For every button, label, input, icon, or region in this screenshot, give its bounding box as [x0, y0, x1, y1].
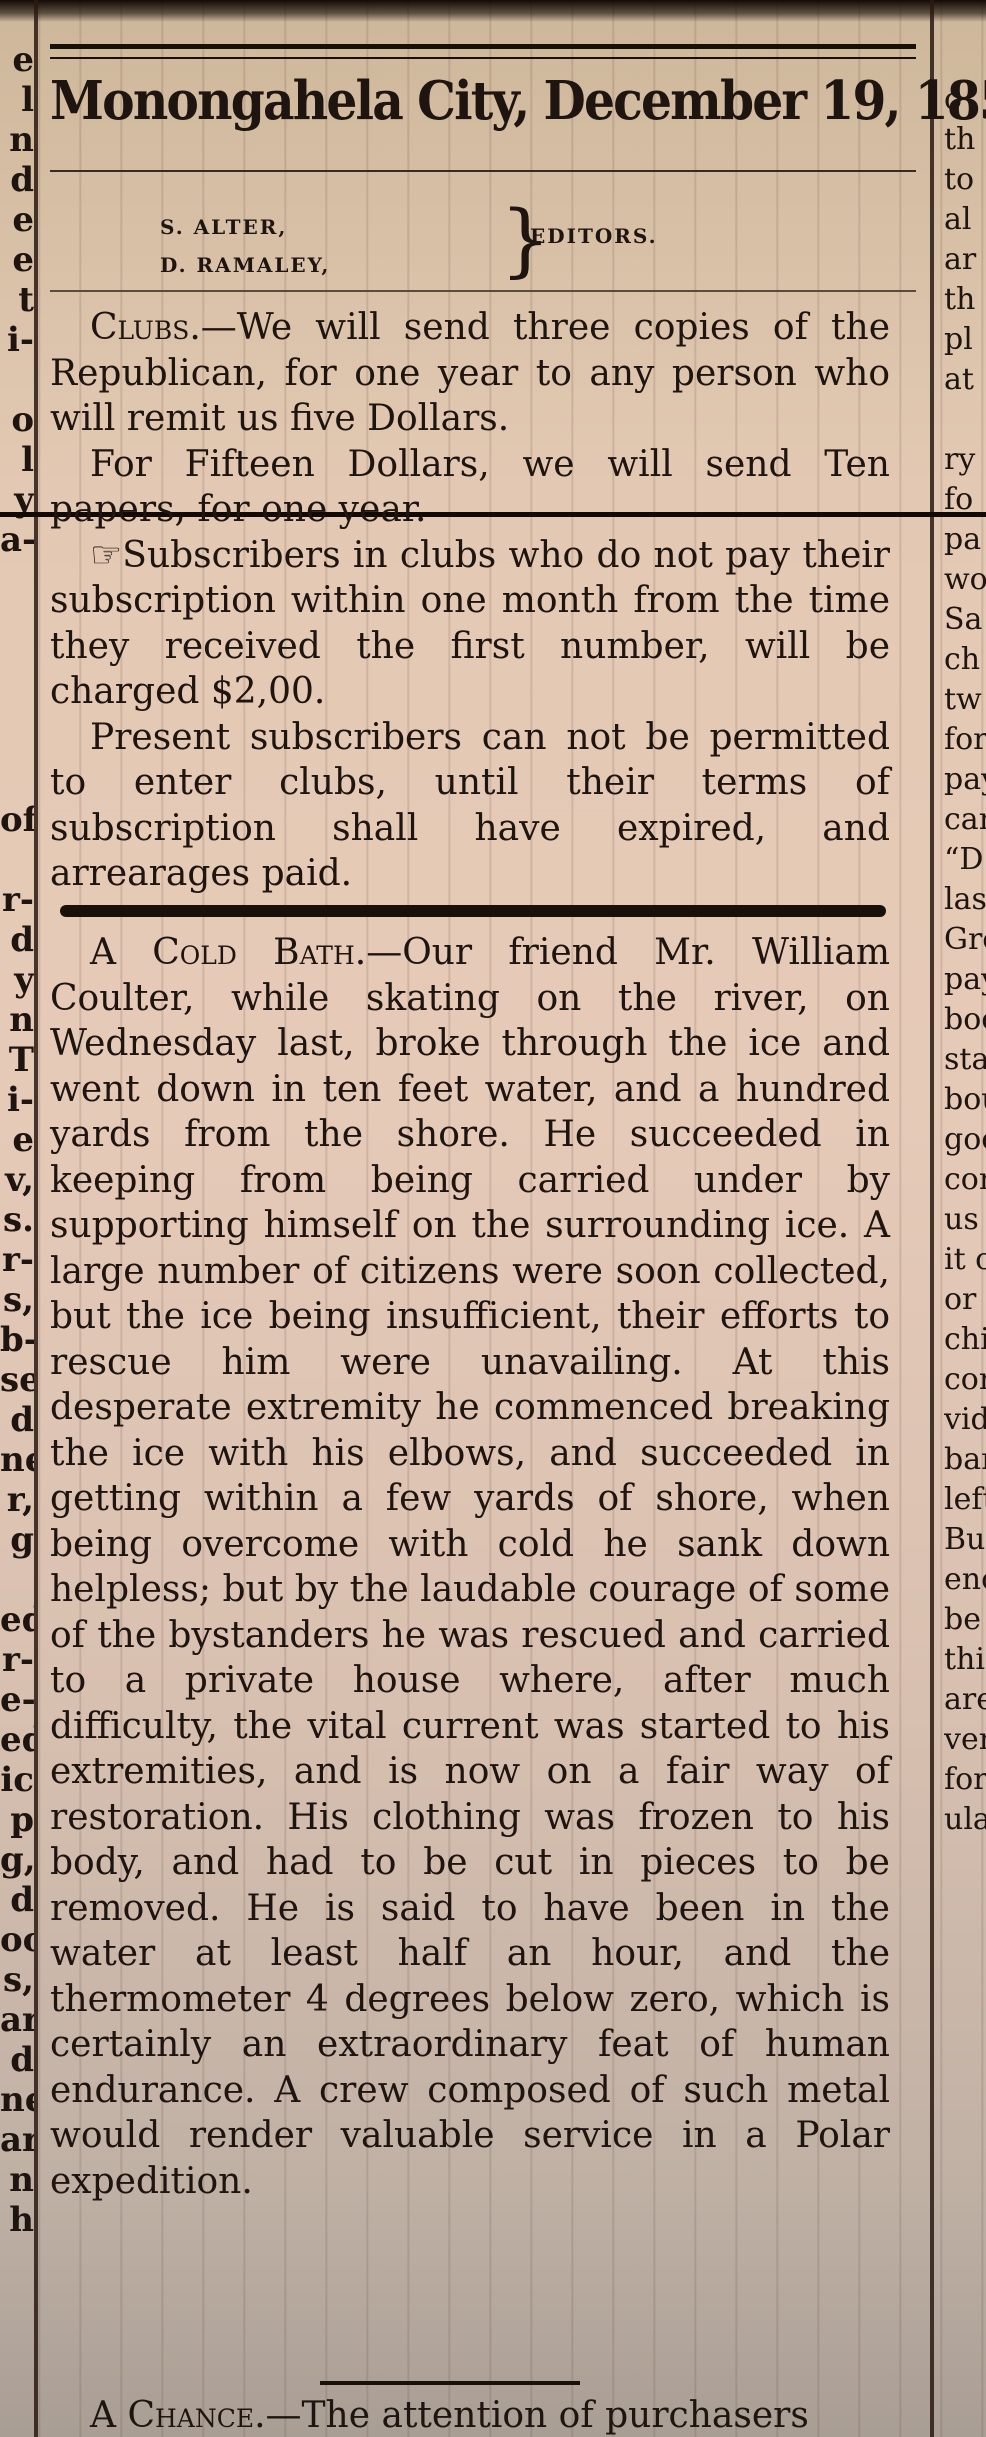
cold-bath-article: A Cold Bath.—Our friend Mr. William Coul… — [50, 930, 890, 2204]
left-column-fragment: n — [0, 2160, 34, 2200]
right-column-fragment: stac — [944, 1040, 986, 1080]
right-column-fragments: othtoalarthplatryfopawoSachtwforpaycam“D… — [944, 0, 986, 2437]
clubs-para-3: ☞Subscribers in clubs who do not pay the… — [50, 533, 890, 715]
left-column-fragment: l — [0, 80, 34, 120]
left-column-fragment: r- — [0, 1640, 34, 1680]
left-column-fragment: ne — [0, 2080, 34, 2120]
editors-names: S. ALTER, D. RAMALEY, — [160, 208, 330, 284]
right-column-fragment: com — [944, 1160, 986, 1200]
clubs-para-4: Present subscribers can not be permitted… — [50, 715, 890, 897]
left-column-fragment: n — [0, 120, 34, 160]
right-column-fragment: last — [944, 880, 986, 920]
left-column-fragment: r, — [0, 1480, 34, 1520]
right-column-fragment: banq — [944, 1440, 986, 1480]
left-column-fragment — [0, 360, 34, 400]
left-column-fragment: v, — [0, 1160, 34, 1200]
right-column-fragment: cam — [944, 800, 986, 840]
left-column-fragment: a- — [0, 520, 34, 560]
left-column-fragment — [0, 1560, 34, 1600]
left-column-fragment: i- — [0, 1080, 34, 1120]
left-column-fragment: d — [0, 2040, 34, 2080]
left-column-fragment: n — [0, 1000, 34, 1040]
left-column-fragment: d — [0, 1400, 34, 1440]
column-rule-right — [930, 0, 934, 2437]
left-column-fragment: l — [0, 440, 34, 480]
right-column-fragment: wo — [944, 560, 986, 600]
left-column-fragment: r- — [0, 880, 34, 920]
left-column-fragment: ar — [0, 2000, 34, 2040]
left-column-fragment: t — [0, 280, 34, 320]
right-column-fragment: pl — [944, 320, 986, 360]
right-column-fragment: good — [944, 1120, 986, 1160]
a-chance-body: A Chance.—The attention of purchasers — [50, 2393, 890, 2437]
right-column-fragment: for — [944, 720, 986, 760]
left-column-fragment: se — [0, 1360, 34, 1400]
section-divider — [60, 905, 886, 917]
left-column-fragment: g — [0, 1520, 34, 1560]
right-column-fragment: at — [944, 360, 986, 400]
left-column-fragment: y — [0, 960, 34, 1000]
right-column-fragment: thing — [944, 1640, 986, 1680]
left-column-fragment: ar — [0, 2120, 34, 2160]
right-column-fragment: it ou — [944, 1240, 986, 1280]
right-column-fragment: to — [944, 160, 986, 200]
editor-2: D. RAMALEY, — [160, 246, 330, 284]
left-column-fragment: ed — [0, 1720, 34, 1760]
masthead-rule-top — [50, 44, 916, 59]
left-column-fragment: e — [0, 200, 34, 240]
clubs-heading: Clubs. — [90, 307, 201, 348]
right-column-fragment: or p — [944, 1280, 986, 1320]
right-column-fragment: pa — [944, 520, 986, 560]
a-chance-heading: A Chance. — [90, 2395, 266, 2436]
left-column-fragments: elndeeti-olya-ofr-dynTi-ev,s.r-s,b-sedne… — [0, 0, 34, 2437]
left-column-fragment: ed — [0, 1600, 34, 1640]
right-column-fragment: ar — [944, 240, 986, 280]
left-column-fragment: of — [0, 800, 34, 840]
a-chance-article: A Chance.—The attention of purchasers — [50, 2393, 890, 2437]
right-column-fragment: chick — [944, 1320, 986, 1360]
clubs-para-2: For Fifteen Dollars, we will send Ten pa… — [50, 442, 890, 533]
right-column-fragment: al — [944, 200, 986, 240]
left-column-fragment: d — [0, 160, 34, 200]
left-column-fragment: r- — [0, 1240, 34, 1280]
right-column-fragment: are t — [944, 1680, 986, 1720]
right-column-fragment: Sa — [944, 600, 986, 640]
right-column-fragment: boot — [944, 1000, 986, 1040]
left-column-fragment: ne — [0, 1440, 34, 1480]
right-column-fragment: pay — [944, 760, 986, 800]
right-column-fragment: tw — [944, 680, 986, 720]
left-column-fragment: p — [0, 1800, 34, 1840]
left-column-fragment — [0, 720, 34, 760]
right-column-fragment: ch — [944, 640, 986, 680]
editors-rule — [50, 290, 916, 292]
left-column-fragment — [0, 0, 34, 40]
right-column-fragment: boug — [944, 1080, 986, 1120]
right-column-fragment: pay — [944, 960, 986, 1000]
right-column-fragment — [944, 0, 986, 40]
left-column-fragment — [0, 680, 34, 720]
right-column-fragment: forbe — [944, 1760, 986, 1800]
left-column-fragment: s. — [0, 1200, 34, 1240]
left-column-fragment: e- — [0, 1680, 34, 1720]
left-column-fragment — [0, 840, 34, 880]
left-column-fragment: s, — [0, 1280, 34, 1320]
left-column-fragment: e — [0, 40, 34, 80]
right-column-fragment: vidu — [944, 1400, 986, 1440]
right-column-fragment: Bu — [944, 1520, 986, 1560]
left-column-fragment: h — [0, 2200, 34, 2240]
left-column-fragment — [0, 640, 34, 680]
clubs-para-1: Clubs.—We will send three copies of the … — [50, 305, 890, 442]
left-column-fragment: b- — [0, 1320, 34, 1360]
right-column-fragment: Gro — [944, 920, 986, 960]
right-column-fragment: “D — [944, 840, 986, 880]
left-column-fragment: s, — [0, 1960, 34, 2000]
left-column-fragment: oo — [0, 1920, 34, 1960]
right-column-fragment: ular j — [944, 1800, 986, 1840]
editor-1: S. ALTER, — [160, 208, 330, 246]
cold-bath-heading: A Cold Bath. — [90, 932, 366, 973]
right-column-fragment — [944, 400, 986, 440]
right-column-fragment: ry — [944, 440, 986, 480]
right-column-fragment: be pa — [944, 1600, 986, 1640]
right-column-fragment: us o — [944, 1200, 986, 1240]
right-column-fragment: left f — [944, 1480, 986, 1520]
left-column-fragment: i- — [0, 320, 34, 360]
right-column-fragment: vent — [944, 1720, 986, 1760]
left-column-fragment: d — [0, 920, 34, 960]
short-divider — [320, 2381, 580, 2385]
right-column-fragment: enoug — [944, 1560, 986, 1600]
clubs-notice: Clubs.—We will send three copies of the … — [50, 305, 890, 897]
left-column-fragment — [0, 600, 34, 640]
left-column-fragment: T — [0, 1040, 34, 1080]
left-column-fragment: e — [0, 1120, 34, 1160]
masthead-rule-bottom — [50, 170, 916, 172]
newspaper-page: elndeeti-olya-ofr-dynTi-ev,s.r-s,b-sedne… — [0, 0, 986, 2437]
masthead-title: Monongahela City, December 19, 1851. — [50, 70, 847, 132]
right-column-fragment: corp — [944, 1360, 986, 1400]
top-shadow — [0, 0, 986, 22]
left-column-fragment: e — [0, 240, 34, 280]
left-column-fragment: o — [0, 400, 34, 440]
pointing-hand-icon: ☞ — [90, 535, 122, 576]
editors-label: EDITORS. — [530, 224, 658, 248]
right-column-fragment: th — [944, 280, 986, 320]
column-rule-left — [34, 0, 38, 2437]
left-column-fragment — [0, 760, 34, 800]
cold-bath-body: A Cold Bath.—Our friend Mr. William Coul… — [50, 930, 890, 2204]
left-column-fragment: g, — [0, 1840, 34, 1880]
left-column-fragment: ic — [0, 1760, 34, 1800]
left-column-fragment — [0, 560, 34, 600]
left-column-fragment: d — [0, 1880, 34, 1920]
